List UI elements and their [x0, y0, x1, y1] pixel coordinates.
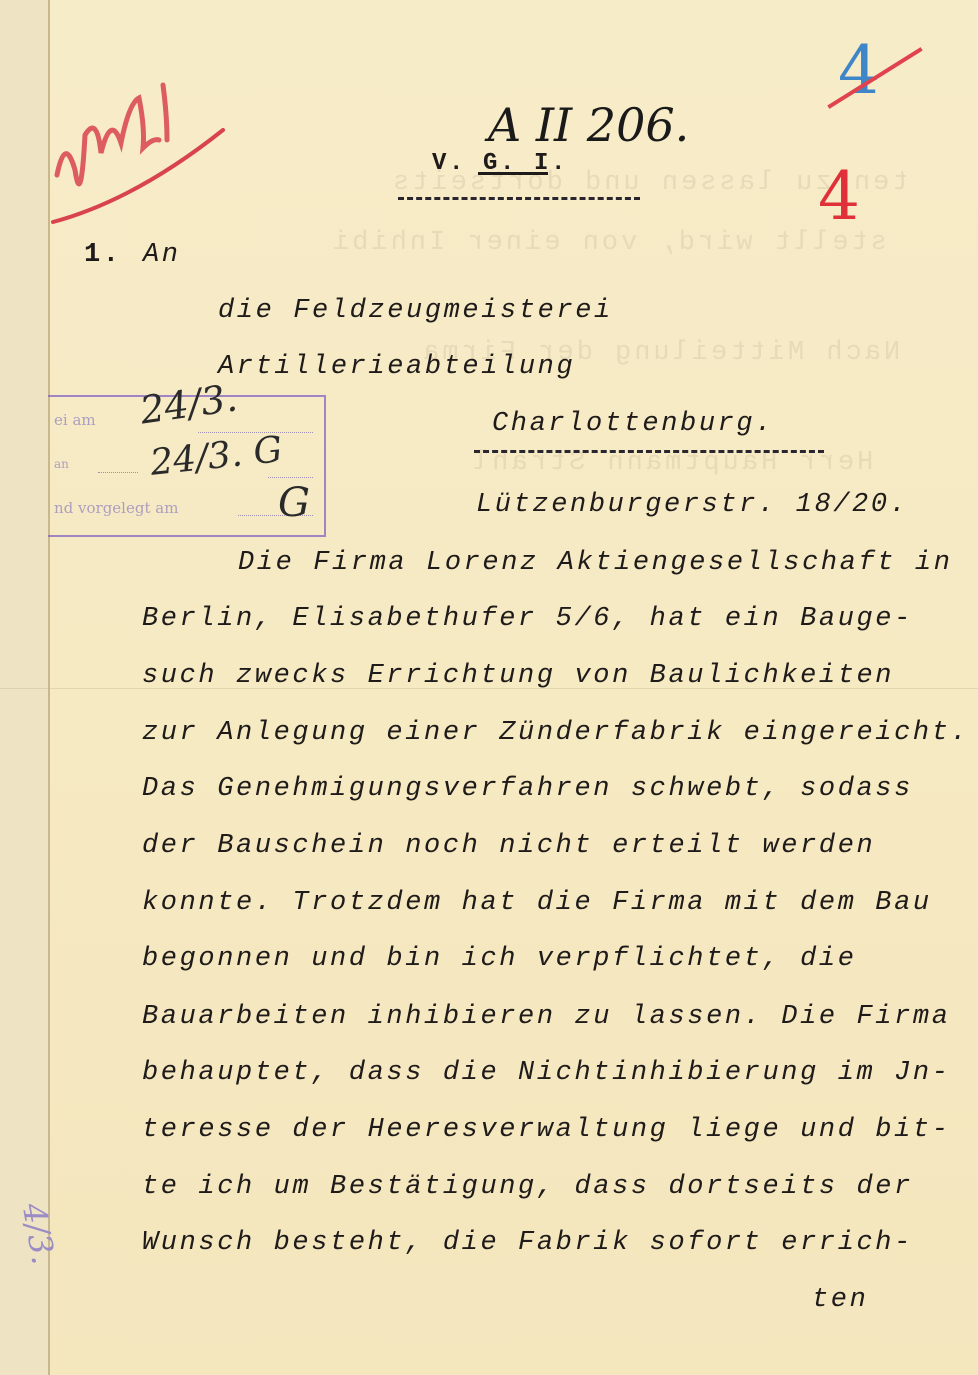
body-line: Die Firma Lorenz Aktiengesellschaft in	[238, 548, 953, 578]
body-line: te ich um Bestätigung, dass dortseits de…	[142, 1172, 913, 1202]
header-underline	[398, 197, 640, 200]
continuation-word: ten	[812, 1285, 868, 1315]
salutation: An	[143, 240, 181, 270]
reference-handwritten: A II 206.	[488, 98, 689, 152]
body-line: Wunsch besteht, die Fabrik sofort errich…	[142, 1228, 913, 1258]
body-line: teresse der Heeresverwaltung liege und b…	[142, 1115, 951, 1145]
bleed-through-text: stellt wird, von einer Inhibi	[330, 228, 887, 258]
body-line: such zwecks Errichtung von Baulichkeiten	[142, 661, 894, 691]
body-line: Das Genehmigungsverfahren schwebt, sodas…	[142, 774, 913, 804]
city-underline	[474, 450, 824, 453]
recipient-city: Charlottenburg.	[492, 409, 774, 439]
body-line: Berlin, Elisabethufer 5/6, hat ein Bauge…	[142, 604, 913, 634]
body-line: begonnen und bin ich verpflichtet, die	[142, 944, 857, 974]
recipient-line2: Artillerieabteilung	[218, 352, 575, 382]
recipient-street: Lützenburgerstr. 18/20.	[476, 490, 908, 520]
body-line: konnte. Trotzdem hat die Firma mit dem B…	[142, 888, 932, 918]
body-line: zur Anlegung einer Zünderfabrik eingerei…	[142, 718, 969, 748]
body-line: Bauarbeiten inhibieren zu lassen. Die Fi…	[142, 1002, 951, 1032]
document-page: ten zu lassen und dortseits stellt wird,…	[0, 0, 978, 1375]
strikethrough-line	[478, 172, 548, 175]
body-line: der Bauschein noch nicht erteilt werden	[142, 831, 875, 861]
urgent-mark-sofort-icon	[45, 80, 235, 230]
body-line: behauptet, dass die Nichtinhibierung im …	[142, 1058, 951, 1088]
stamp-handwritten-initial: G	[278, 480, 310, 526]
page-number-red: 4	[818, 158, 860, 235]
item-number: 1.	[84, 240, 122, 270]
recipient-line1: die Feldzeugmeisterei	[218, 296, 613, 326]
